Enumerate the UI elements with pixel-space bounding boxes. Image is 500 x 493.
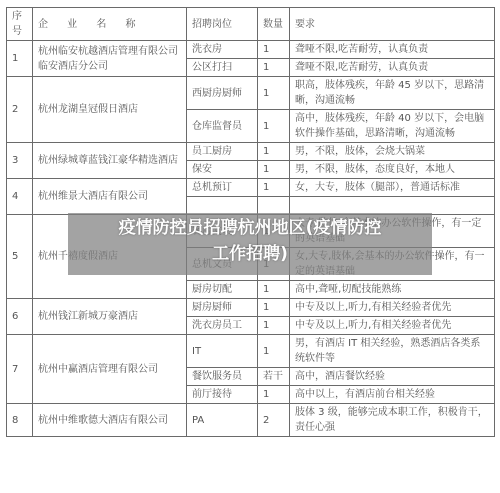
table-row: 6 杭州钱江新城万豪酒店 厨房厨师 1 中专及以上,听力,有相关经验者优先 [7,299,495,317]
overlay-title: 疫情防控员招聘杭州地区(疫情防控 工作招聘) [68,215,432,267]
position-count: 1 [258,299,290,317]
position-count [258,197,290,215]
row-no: 6 [7,299,33,335]
row-no: 2 [7,77,33,143]
position-requirement: 聋哑不限,吃苦耐劳，认真负责 [290,41,495,59]
position-requirement: 男，不限，肢体，态度良好，本地人 [290,161,495,179]
position-title: 厨房切配 [187,281,258,299]
position-title: 洗衣房 [187,41,258,59]
position-count: 1 [258,77,290,110]
position-title: 公区打扫 [187,59,258,77]
table-row: 8 杭州中维歌德大酒店有限公司 PA 2 肢体 3 级，能够完成本职工作，积极肯… [7,404,495,437]
company-name: 杭州钱江新城万豪酒店 [33,299,187,335]
position-requirement: 高中,聋哑,切配技能熟练 [290,281,495,299]
position-count: 1 [258,41,290,59]
position-title: IT [187,335,258,368]
position-title: 保安 [187,161,258,179]
company-name: 杭州中赢酒店管理有限公司 [33,335,187,404]
row-no: 5 [7,215,33,299]
position-requirement: 高中，肢体残疾，年龄 40 岁以下，会电脑软件操作基础，思路清晰，沟通流畅 [290,110,495,143]
header-count: 数量 [258,8,290,41]
header-requirement: 要求 [290,8,495,41]
row-no: 8 [7,404,33,437]
company-name: 杭州维景大酒店有限公司 [33,179,187,215]
header-position: 招聘岗位 [187,8,258,41]
company-name: 杭州绿城尊蓝钱江豪华精选酒店 [33,143,187,179]
position-requirement: 中专及以上,听力,有相关经验者优先 [290,317,495,335]
position-count: 1 [258,179,290,197]
position-title: PA [187,404,258,437]
position-title: 仓库监督员 [187,110,258,143]
position-count: 1 [258,386,290,404]
table-row: 1 杭州临安杭越酒店管理有限公司临安酒店分公司 洗衣房 1 聋哑不限,吃苦耐劳，… [7,41,495,59]
position-requirement: 聋哑不限,吃苦耐劳，认真负责 [290,59,495,77]
row-no: 7 [7,335,33,404]
position-count: 1 [258,161,290,179]
position-requirement: 职高，肢体残疾，年龄 45 岁以下，思路清晰，沟通流畅 [290,77,495,110]
position-count: 1 [258,281,290,299]
table-row: 2 杭州龙湖皇冠假日酒店 西厨房厨师 1 职高，肢体残疾，年龄 45 岁以下，思… [7,77,495,110]
position-title: 西厨房厨师 [187,77,258,110]
position-requirement: 女，大专，肢体（腿部），普通话标准 [290,179,495,197]
company-name: 杭州临安杭越酒店管理有限公司临安酒店分公司 [33,41,187,77]
position-requirement: 高中，酒店餐饮经验 [290,368,495,386]
company-name: 杭州龙湖皇冠假日酒店 [33,77,187,143]
position-title: 前厅接待 [187,386,258,404]
header-no: 序号 [7,8,33,41]
table-row: 4 杭州维景大酒店有限公司 总机预订 1 女，大专，肢体（腿部），普通话标准 [7,179,495,197]
position-requirement [290,197,495,215]
row-no: 4 [7,179,33,215]
table-row: 7 杭州中赢酒店管理有限公司 IT 1 男，有酒店 IT 相关经验，熟悉酒店各类… [7,335,495,368]
position-title [187,197,258,215]
row-no: 3 [7,143,33,179]
position-requirement: 中专及以上,听力,有相关经验者优先 [290,299,495,317]
position-requirement: 男，有酒店 IT 相关经验，熟悉酒店各类系统软件等 [290,335,495,368]
overlay-title-line2: 工作招聘) [68,241,432,267]
overlay-title-line1: 疫情防控员招聘杭州地区(疫情防控 [68,215,432,241]
position-requirement: 高中以上，有酒店前台相关经验 [290,386,495,404]
table-row: 3 杭州绿城尊蓝钱江豪华精选酒店 员工厨房 1 男，不限，肢体，会烧大锅菜 [7,143,495,161]
company-name: 杭州中维歌德大酒店有限公司 [33,404,187,437]
header-company: 企 业 名 称 [33,8,187,41]
position-count: 1 [258,317,290,335]
position-title: 员工厨房 [187,143,258,161]
position-title: 餐饮服务员 [187,368,258,386]
position-count: 1 [258,143,290,161]
position-count: 1 [258,335,290,368]
position-title: 洗衣房员工 [187,317,258,335]
position-count: 若干 [258,368,290,386]
position-count: 1 [258,59,290,77]
position-count: 2 [258,404,290,437]
table-header: 序号 企 业 名 称 招聘岗位 数量 要求 [7,8,495,41]
position-title: 总机预订 [187,179,258,197]
position-requirement: 男，不限，肢体，会烧大锅菜 [290,143,495,161]
position-requirement: 肢体 3 级，能够完成本职工作，积极肯干，责任心强 [290,404,495,437]
position-count: 1 [258,110,290,143]
position-title: 厨房厨师 [187,299,258,317]
row-no: 1 [7,41,33,77]
